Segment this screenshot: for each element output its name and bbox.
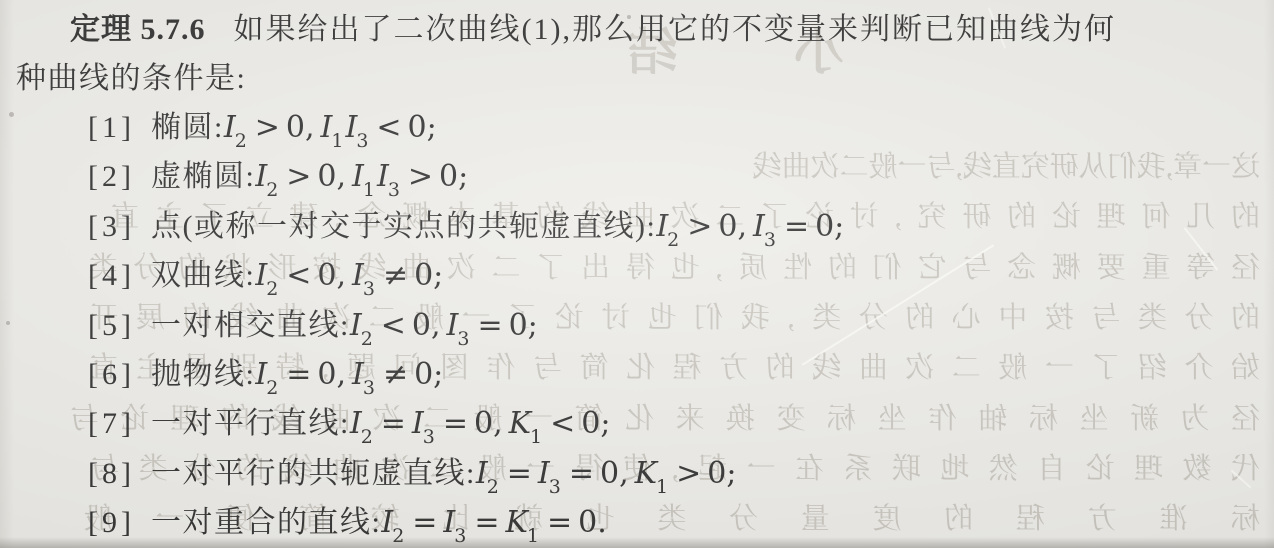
theorem-first-line: 定理 5.7.6如果给出了二次曲线(1),那么用它的不变量来判断已知曲线为何 bbox=[16, 10, 1248, 50]
theorem-item: [9]一对重合的直线:I2 = I3 = K1 = 0. bbox=[88, 503, 1264, 543]
theorem-item: [1]椭圆:I2 > 0, I1I3 < 0; bbox=[88, 108, 1264, 148]
item-number-bracket: [9] bbox=[88, 506, 135, 539]
item-invariant-formula: I2 = I3 = 0, K1 > 0; bbox=[476, 456, 737, 491]
item-curve-name: 一对平行直线: bbox=[151, 407, 350, 440]
theorem-body-line1: 如果给出了二次曲线(1),那么用它的不变量来判断已知曲线为何 bbox=[234, 13, 1116, 46]
theorem-item: [2]虚椭圆:I2 > 0, I1I3 > 0; bbox=[88, 157, 1264, 197]
item-number-bracket: [4] bbox=[88, 259, 135, 292]
scan-speck bbox=[9, 112, 14, 117]
theorem-item: [6]抛物线:I2 = 0, I3 ≠ 0; bbox=[88, 355, 1264, 395]
item-invariant-formula: I2 < 0, I3 ≠ 0; bbox=[255, 258, 443, 293]
item-invariant-formula: I2 > 0, I3 = 0; bbox=[656, 209, 844, 244]
item-curve-name: 一对重合的直线: bbox=[151, 506, 381, 539]
item-invariant-formula: I2 = I3 = 0, K1 < 0; bbox=[350, 406, 611, 441]
item-number-bracket: [7] bbox=[88, 407, 135, 440]
scan-speck bbox=[6, 321, 10, 325]
theorem-content: 定理 5.7.6如果给出了二次曲线(1),那么用它的不变量来判断已知曲线为何 种… bbox=[0, 0, 1274, 548]
item-curve-name: 双曲线: bbox=[151, 259, 255, 292]
item-invariant-formula: I2 < 0, I3 = 0; bbox=[350, 308, 538, 343]
theorem-body-line2: 种曲线的条件是: bbox=[16, 59, 1248, 99]
theorem-item: [8]一对平行的共轭虚直线:I2 = I3 = 0, K1 > 0; bbox=[88, 454, 1264, 494]
theorem-item: [7]一对平行直线:I2 = I3 = 0, K1 < 0; bbox=[88, 404, 1264, 444]
item-invariant-formula: I2 > 0, I1I3 < 0; bbox=[224, 110, 437, 145]
theorem-item: [4]双曲线:I2 < 0, I3 ≠ 0; bbox=[88, 256, 1264, 296]
item-curve-name: 点(或称一对交于实点的共轭虚直线): bbox=[151, 210, 656, 243]
theorem-number-label: 定理 5.7.6 bbox=[70, 13, 206, 46]
theorem-item: [5]一对相交直线:I2 < 0, I3 = 0; bbox=[88, 306, 1264, 346]
item-number-bracket: [3] bbox=[88, 210, 135, 243]
item-curve-name: 一对平行的共轭虚直线: bbox=[151, 457, 476, 490]
item-invariant-formula: I2 = 0, I3 ≠ 0; bbox=[255, 357, 443, 392]
item-number-bracket: [1] bbox=[88, 111, 135, 144]
item-number-bracket: [2] bbox=[88, 160, 135, 193]
item-number-bracket: [8] bbox=[88, 457, 135, 490]
theorem-item: [3]点(或称一对交于实点的共轭虚直线):I2 > 0, I3 = 0; bbox=[88, 207, 1264, 247]
scan-speck bbox=[627, 15, 631, 19]
item-curve-name: 椭圆: bbox=[151, 111, 224, 144]
item-number-bracket: [5] bbox=[88, 309, 135, 342]
item-curve-name: 抛物线: bbox=[151, 358, 255, 391]
item-curve-name: 虚椭圆: bbox=[151, 160, 255, 193]
item-curve-name: 一对相交直线: bbox=[151, 309, 350, 342]
scanned-textbook-page: 小 结 这一章,我们从研究直线,与一般二次曲线的几何理论的研究,讨论了二次曲线的… bbox=[0, 0, 1274, 548]
item-number-bracket: [6] bbox=[88, 358, 135, 391]
item-invariant-formula: I2 = I3 = K1 = 0. bbox=[381, 505, 606, 540]
item-invariant-formula: I2 > 0, I1I3 > 0; bbox=[255, 159, 468, 194]
